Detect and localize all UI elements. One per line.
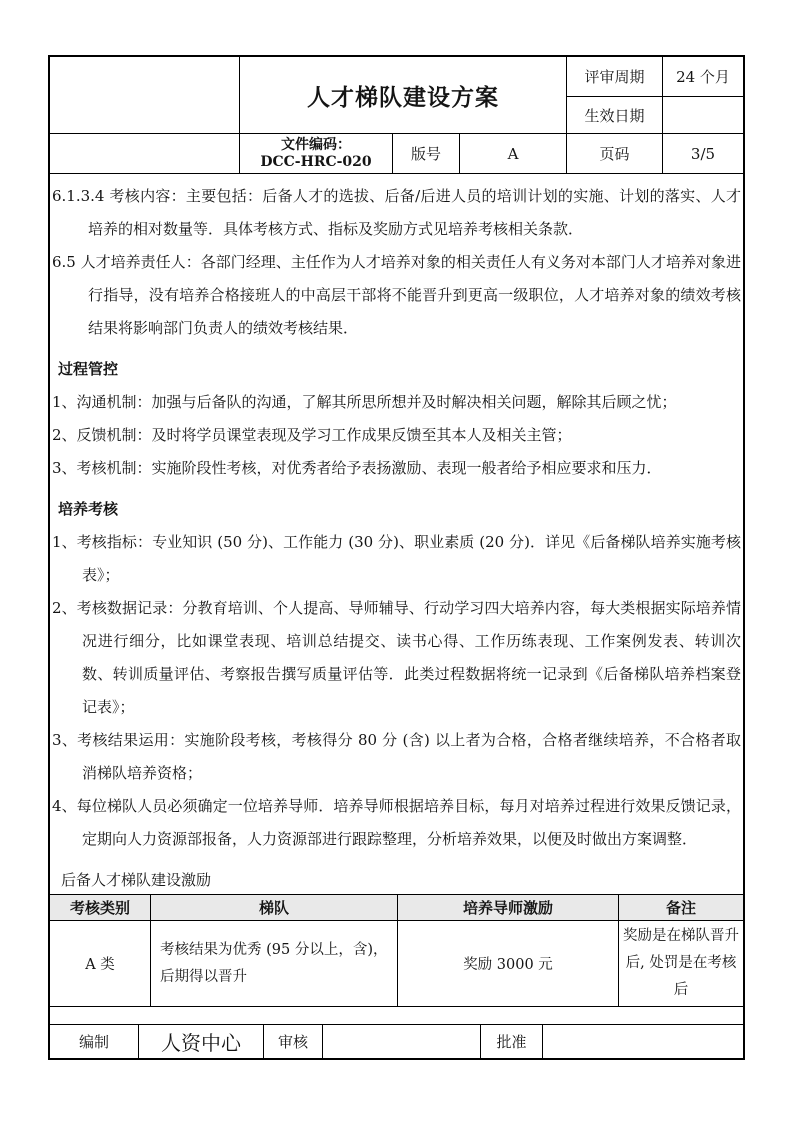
effective-date-value — [663, 97, 743, 134]
assessment-item-2: 2、考核数据记录：分教育培训、个人提高、导师辅导、行动学习四大培养内容，每大类根… — [52, 592, 741, 724]
header-blank-cell — [50, 134, 240, 173]
document-canvas: { "colors": { "table_header_bg": "#e9e9e… — [0, 0, 793, 1122]
prepared-by-label: 编制 — [50, 1025, 139, 1058]
col-header-note: 备注 — [619, 895, 743, 921]
col-header-mentor-incentive: 培养导师激励 — [398, 895, 619, 921]
doc-code-value: DCC-HRC-020 — [260, 154, 371, 171]
heading-training-assessment: 培养考核 — [52, 493, 741, 526]
cell-note-line2: 后, 处罚是在考核后 — [620, 950, 742, 1004]
logo-placeholder — [50, 57, 240, 134]
prepared-by-value: 人资中心 — [139, 1025, 264, 1058]
cell-incentive: 奖励 3000 元 — [398, 921, 619, 1006]
clause-6134: 6.1.3.4 考核内容：主要包括：后备人才的选拔、后备/后进人员的培训计划的实… — [52, 180, 741, 246]
assessment-item-3: 3、考核结果运用：实施阶段考核，考核得分 80 分 (含) 以上者为合格，合格者… — [52, 724, 741, 790]
col-header-category: 考核类别 — [50, 895, 151, 921]
subheading-incentive: 后备人才梯队建设激励 — [52, 864, 741, 894]
doc-code-label: 文件编码： — [281, 137, 351, 154]
assessment-item-4: 4、每位梯队人员必须确定一位培养导师．培养导师根据培养目标，每月对培养过程进行效… — [52, 790, 741, 856]
document-header-table: 人才梯队建设方案 评审周期 24 个月 生效日期 文件编码： DCC-HRC-0… — [50, 57, 743, 174]
review-cycle-value: 24 个月 — [663, 57, 743, 97]
incentive-table-header-row: 考核类别 梯队 培养导师激励 备注 — [50, 895, 743, 921]
page-number-value: 3/5 — [663, 134, 743, 173]
doc-code-cell: 文件编码： DCC-HRC-020 — [240, 134, 393, 173]
clause-65: 6.5 人才培养责任人：各部门经理、主任作为人才培养对象的相关责任人有义务对本部… — [52, 246, 741, 345]
cell-tier: 考核结果为优秀 (95 分以上，含)， 后期得以晋升 — [151, 921, 398, 1006]
cell-note: 奖励是在梯队晋升 后, 处罚是在考核后 — [619, 921, 743, 1006]
cell-note-line1: 奖励是在梯队晋升 — [620, 923, 742, 950]
process-item-1: 1、沟通机制：加强与后备队的沟通，了解其所思所想并及时解决相关问题，解除其后顾之… — [52, 386, 741, 419]
cell-tier-line1: 考核结果为优秀 (95 分以上，含)， — [160, 937, 391, 964]
process-item-2: 2、反馈机制：及时将学员课堂表现及学习工作成果反馈至其本人及相关主管； — [52, 419, 741, 452]
assessment-item-1: 1、考核指标：专业知识 (50 分)、工作能力 (30 分)、职业素质 (20 … — [52, 526, 741, 592]
document-body: 6.1.3.4 考核内容：主要包括：后备人才的选拔、后备/后进人员的培训计划的实… — [50, 174, 743, 894]
col-header-tier: 梯队 — [151, 895, 398, 921]
effective-date-label: 生效日期 — [567, 97, 663, 134]
document-page: 人才梯队建设方案 评审周期 24 个月 生效日期 文件编码： DCC-HRC-0… — [48, 55, 745, 1060]
table-row: A 类 考核结果为优秀 (95 分以上，含)， 后期得以晋升 奖励 3000 元… — [50, 921, 743, 1006]
approve-label: 批准 — [481, 1025, 543, 1058]
approval-footer-row: 编制 人资中心 审核 批准 — [50, 1024, 743, 1058]
review-cycle-label: 评审周期 — [567, 57, 663, 97]
empty-space — [50, 1007, 743, 1024]
cell-tier-line2: 后期得以晋升 — [160, 964, 391, 991]
page-title: 人才梯队建设方案 — [240, 57, 567, 134]
process-item-3: 3、考核机制：实施阶段性考核，对优秀者给予表扬激励、表现一般者给予相应要求和压力… — [52, 452, 741, 485]
audit-value — [323, 1025, 481, 1058]
approve-value — [543, 1025, 743, 1058]
incentive-table: 考核类别 梯队 培养导师激励 备注 A 类 考核结果为优秀 (95 分以上，含)… — [50, 894, 743, 1007]
page-number-label: 页码 — [567, 134, 663, 173]
audit-label: 审核 — [264, 1025, 323, 1058]
cell-category: A 类 — [50, 921, 151, 1006]
heading-process-control: 过程管控 — [52, 353, 741, 386]
version-value: A — [460, 134, 567, 173]
version-label: 版号 — [393, 134, 460, 173]
